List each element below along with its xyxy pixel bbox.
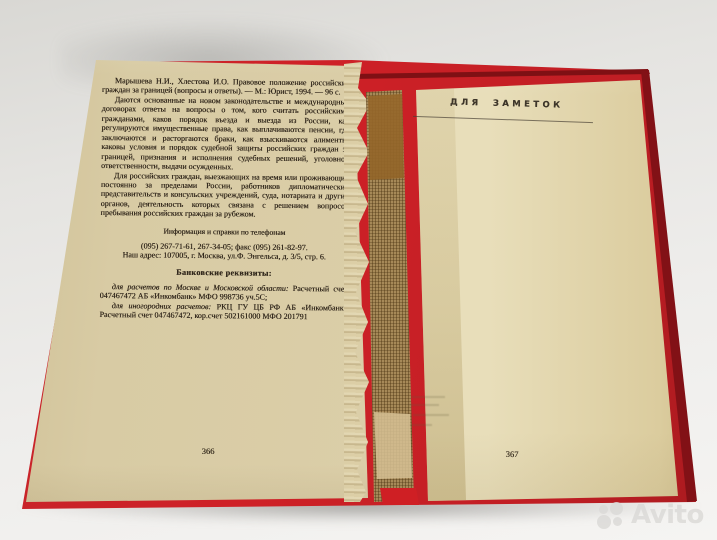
avito-logo-icon bbox=[597, 502, 627, 530]
left-page-text: Марышева Н.И., Хлестова И.О. Правовое по… bbox=[99, 76, 350, 322]
avito-watermark: Avito bbox=[597, 500, 704, 530]
showthrough-text bbox=[409, 392, 453, 434]
bibliography-paragraph: Марышева Н.И., Хлестова И.О. Правовое по… bbox=[102, 76, 350, 98]
bank-item-nonresident: для иногородних расчетов: РКЦ ГУ ЦБ РФ А… bbox=[99, 301, 347, 323]
bank-details: для расчетов по Москве и Московской обла… bbox=[99, 282, 347, 322]
info-heading: Информация и справки по телефонам bbox=[100, 226, 348, 238]
audience-paragraph: Для российских граждан, выезжающих на вр… bbox=[101, 171, 349, 221]
avito-wordmark: Avito bbox=[631, 500, 704, 530]
left-page-number: 366 bbox=[188, 446, 228, 456]
contacts-block: Информация и справки по телефонам (095) … bbox=[100, 226, 349, 279]
annotation-paragraph: Даются основанные на новом законодательс… bbox=[101, 95, 350, 173]
right-page-number: 367 bbox=[492, 449, 532, 460]
bank-heading: Банковские реквизиты: bbox=[100, 267, 348, 280]
bank-item-lead: для иногородних расчетов: bbox=[112, 301, 212, 311]
bank-item-moscow: для расчетов по Москве и Московской обла… bbox=[100, 282, 348, 304]
book-photo: Марышева Н.И., Хлестова И.О. Правовое по… bbox=[0, 0, 717, 540]
address-line: Наш адрес: 107005, г. Москва, ул.Ф. Энге… bbox=[100, 250, 348, 262]
